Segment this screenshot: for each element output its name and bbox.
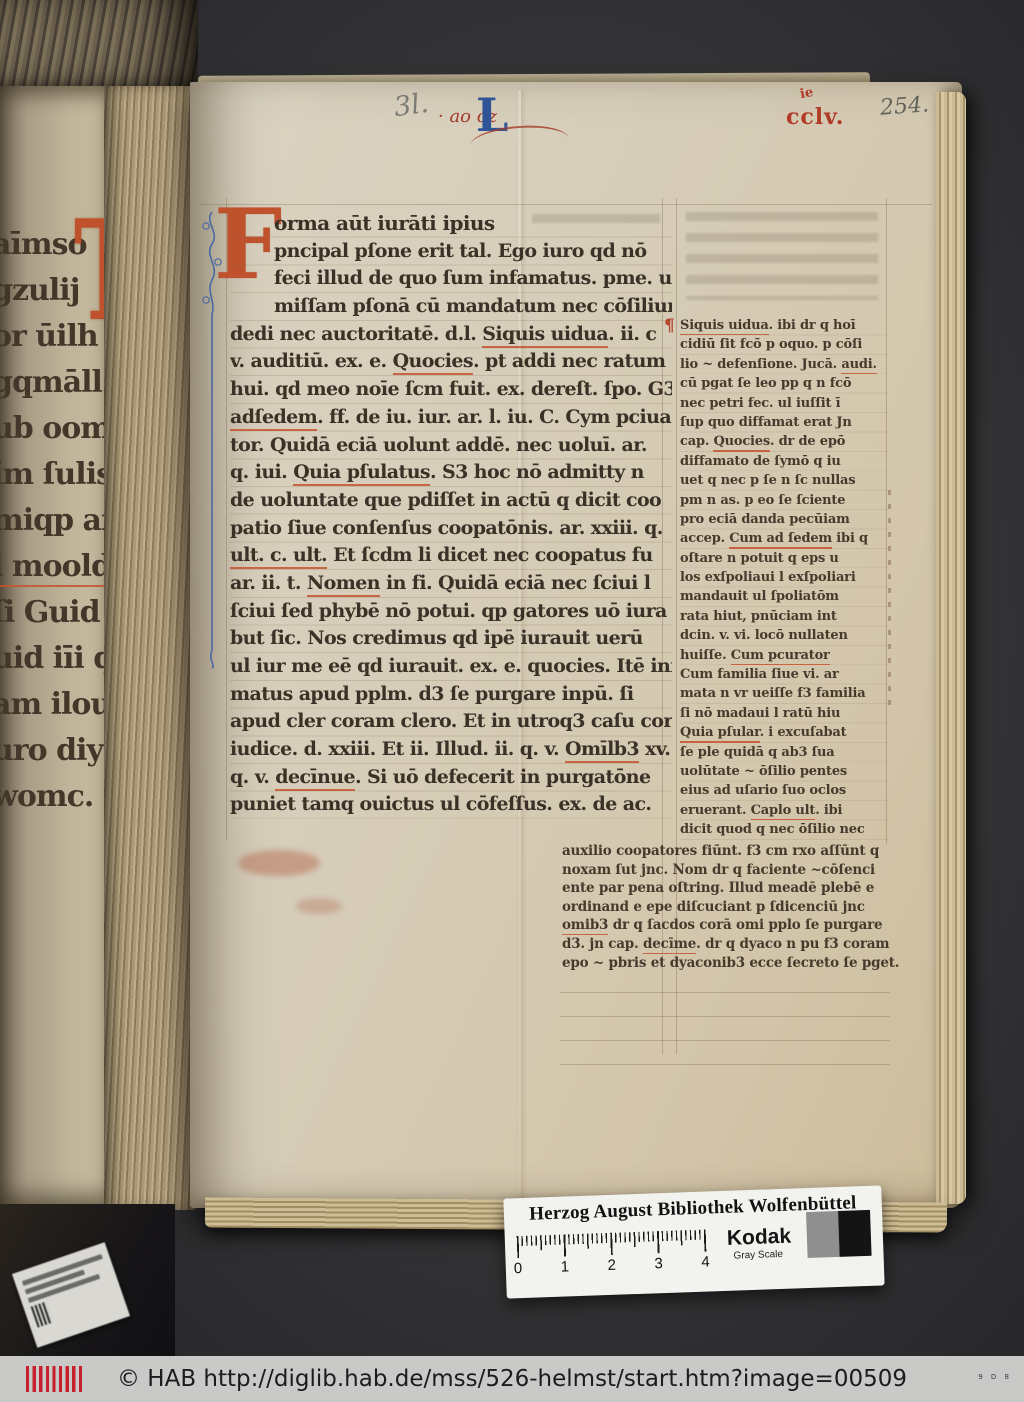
marginal-gloss-column: Siquis uidua. ibi dr q hoīcidiū ſit fcō … [680,316,888,840]
text-line: ſciui ſed phybē nō potui. qp gatores uō … [230,598,672,626]
ruling-line [560,1064,890,1065]
text-line: tor. Quidā eciā uolunt addē. nec uoluī. … [230,432,672,460]
text-line: epo ~ pbris et dyaconib3 ecce ſecreto ſe… [562,954,902,973]
text-line: Quia pſular. i excuſabat [680,723,888,742]
text-line: ſi Guid vn [0,590,114,636]
text-line: pro eciā danda pecūiam [680,510,888,529]
text-line: 0 [514,1260,523,1277]
text-line: uet q nec p ſe n ſc nullas [680,471,888,490]
text-line: 2 [607,1257,616,1274]
text-line: l moolda [0,544,114,590]
text-line: lio ~ defenſione. Jucā. audi. [680,355,888,374]
corner-mark: 9 D 8 [978,1373,1012,1381]
text-line: eruerant. Caplo ult. ibi [680,801,888,820]
color-scale-card: Herzog August Bibliothek Wolfenbüttel 01… [503,1185,884,1298]
text-line: Siquis uidua. ibi dr q hoī [680,316,888,335]
text-line: puniet tamq ouictus ul cōfeſſus. ex. de … [230,791,672,819]
gray-patch [806,1211,840,1258]
text-line: omib3 dr q ſacdos corā omi pplo ſe purga… [562,916,902,935]
prick-marks [888,490,891,706]
text-line: diffamato de ſymō q iu [680,452,888,471]
ruling-line [200,204,932,205]
text-line: ar. ii. t. Nomen in fi. Quidā eciā nec ſ… [230,570,672,598]
text-line: apud cler coram clero. Et in utroq3 caſu… [230,708,672,736]
page-number: 254. [879,92,930,120]
text-line: ordinand e epe diſcuciant p ſdicenciū jn… [562,898,902,917]
text-line: eius ad uſario ſuo oclos [680,781,888,800]
text-line: huiſſe. Cum pcurator [680,646,888,665]
folio-numeral: cclv. [786,104,844,130]
red-smudge [296,898,342,914]
red-paraph-mark: ¶ [664,316,675,336]
text-line: patio ſiue conſenſus coopatōnis. ar. xxi… [230,515,672,543]
text-line: Cum familia ſiue vi. ar [680,665,888,684]
text-line: pncipal pſone erit tal. Ego iuro qd nō [230,238,672,266]
text-line: mandauit ul ſpoliatōm [680,587,888,606]
book-page-stack-top [0,0,198,94]
text-line: dicit quod q nec ōſilio nec [680,820,888,839]
text-line: 1 [560,1258,569,1275]
text-line: noxam ſut jnc. Nom dr q faciente ~cōſenc… [562,861,902,880]
text-line: mata n vr ueiſſe f3 familia [680,684,888,703]
text-line: uolūtate ~ ōſilio pentes [680,762,888,781]
text-line: iudice. d. xxiii. Et ii. Illud. ii. q. v… [230,736,672,764]
text-line: oſtare n potuit q eps u [680,549,888,568]
text-line: hui. qd meo noīe ſcm fuit. ex. dereſt. ſ… [230,376,672,404]
text-line: dedi nec auctoritatē. d.l. Siquis uidua.… [230,321,672,349]
text-line: q. iui. Quia pſulatus. S3 hoc nō admitty… [230,459,672,487]
main-text-column: orma aūt iurāti ipiuspncipal pſone erit … [230,210,672,819]
text-line: miqp anī [0,498,114,544]
text-line: but ſic. Nos credimus qd ipē iurauit uer… [230,625,672,653]
text-line: ſup quo diffamat erat Jn [680,413,888,432]
page-right-edge [936,92,966,1204]
gutter-page-edges [104,86,196,1210]
text-line: womc. ap [0,774,114,820]
text-line: los exſpoliaui l exſpoliari [680,568,888,587]
copyright-caption: © HAB http://diglib.hab.de/mss/526-helms… [0,1356,1024,1402]
red-smudge [238,850,320,876]
text-line: gqmāll nir [0,360,114,406]
text-line: ſi nō madaui l ratū hiu [680,704,888,723]
text-line: rata hiut, pnūciam int [680,607,888,626]
text-line: v. auditiū. ex. e. Quocies. pt addi nec … [230,348,672,376]
text-line: am ilou n [0,682,114,728]
text-line: cidiū ſit fcō p oquo. p cōſi [680,335,888,354]
bleedthrough-text [686,212,878,300]
text-line: pm n as. p eo ſe ſciente [680,491,888,510]
text-line: nec petri fec. ul iuſſit ī [680,394,888,413]
blue-filigree-main [200,210,224,670]
text-line: uro diy qs [0,728,114,774]
text-line: orma aūt iurāti ipius [230,210,672,238]
text-line: adſedem. ff. de iu. iur. ar. l. iu. C. C… [230,404,672,432]
text-line: ul iur me eē qd iurauit. ex. e. quocies.… [230,653,672,681]
previous-page-strip: aīmsogzulijor ūilh rodgqmāll nirub oom i… [0,86,112,1208]
text-line: q. v. decīnue. Si uō defecerit in purgat… [230,764,672,792]
text-line: auxilio coopatores fiūnt. f3 cm rxo aſſū… [562,842,902,861]
text-line: d3. jn cap. decīme. dr q dyaco n pu f3 c… [562,935,902,954]
folio-superscript: ie [799,85,815,102]
gray-scale-patches [806,1210,872,1258]
text-line: īm ſulis. e [0,452,114,498]
caption-bar: © HAB http://diglib.hab.de/mss/526-helms… [0,1356,1024,1402]
manuscript-photo: aīmsogzulijor ūilh rodgqmāll nirub oom i… [0,0,1024,1402]
ruling-line [560,1016,890,1017]
text-line: cap. Quocies. dr de epō [680,432,888,451]
ruling-line [560,992,890,993]
label-barcode [31,1302,53,1328]
text-line: matus apud pplm. d3 ſe purgare inpū. ſi [230,681,672,709]
text-line: ult. c. ult. Et ſcdm li dicet nec coopat… [230,542,672,570]
text-line: ſe ple quidā q ab3 ſua [680,743,888,762]
text-line: uid iīi qi [0,636,114,682]
kodak-brand: Kodak [726,1225,791,1251]
text-line: de uoluntate que pdiſſet in actū q dicit… [230,487,672,515]
black-patch [838,1210,872,1257]
text-line: feci illud de quo ſum infamatus. pme. ul… [230,265,672,293]
text-line: dcin. v. vi. locō nullaten [680,626,888,645]
lower-gloss-paragraph: auxilio coopatores fiūnt. f3 cm rxo aſſū… [562,842,902,972]
text-line: miſſam pſonā cū mandatum nec cōſilium [230,293,672,321]
gray-scale-label: Gray Scale [733,1249,783,1262]
pencil-note: 3l. [392,88,430,123]
text-line: 4 [701,1253,710,1270]
text-line: ub oom iod [0,406,114,452]
ruling-line [560,1040,890,1041]
text-line: accep. Cum ad ſedem ibi q [680,529,888,548]
text-line: cū pgat ſe leo pp q n fcō [680,374,888,393]
text-line: ente par pena oſtring. Illud meadē plebē… [562,879,902,898]
text-line: 3 [654,1255,663,1272]
